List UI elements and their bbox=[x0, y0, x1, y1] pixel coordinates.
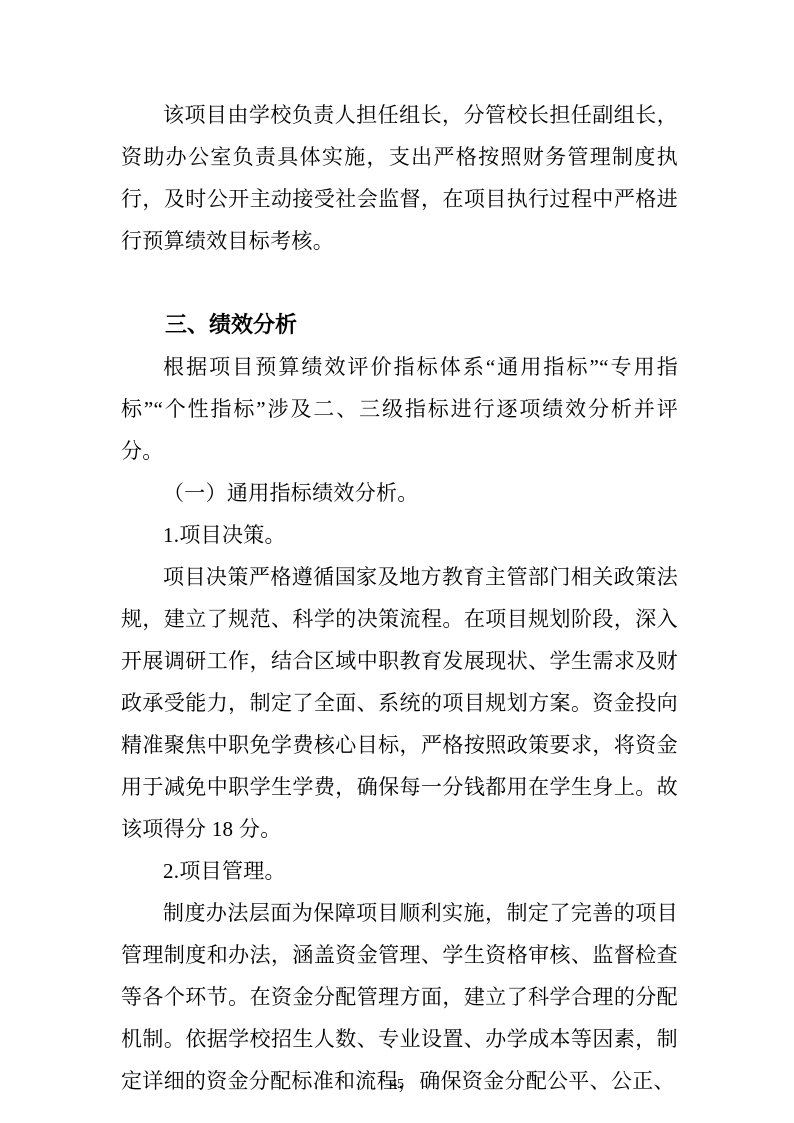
paragraph-project-decision-subheading: 1.项目决策。 bbox=[121, 514, 678, 556]
paragraph-general-indicator-subheading: （一）通用指标绩效分析。 bbox=[121, 472, 678, 514]
paragraph-project-leadership: 该项目由学校负责人担任组长，分管校长担任副组长，资助办公室负责具体实施，支出严格… bbox=[121, 94, 678, 262]
page-number: 45 bbox=[0, 1077, 794, 1093]
section-heading-performance-analysis: 三、绩效分析 bbox=[121, 304, 678, 346]
document-body: 该项目由学校负责人担任组长，分管校长担任副组长，资助办公室负责具体实施，支出严格… bbox=[121, 94, 678, 1102]
paragraph-project-decision-analysis: 项目决策严格遵循国家及地方教育主管部门相关政策法规，建立了规范、科学的决策流程。… bbox=[121, 556, 678, 850]
document-page: 该项目由学校负责人担任组长，分管校长担任副组长，资助办公室负责具体实施，支出严格… bbox=[0, 0, 794, 1123]
paragraph-project-management-analysis: 制度办法层面为保障项目顺利实施，制定了完善的项目管理制度和办法，涵盖资金管理、学… bbox=[121, 892, 678, 1102]
paragraph-indicator-system-intro: 根据项目预算绩效评价指标体系“通用指标”“专用指标”“个性指标”涉及二、三级指标… bbox=[121, 346, 678, 472]
paragraph-project-management-subheading: 2.项目管理。 bbox=[121, 850, 678, 892]
